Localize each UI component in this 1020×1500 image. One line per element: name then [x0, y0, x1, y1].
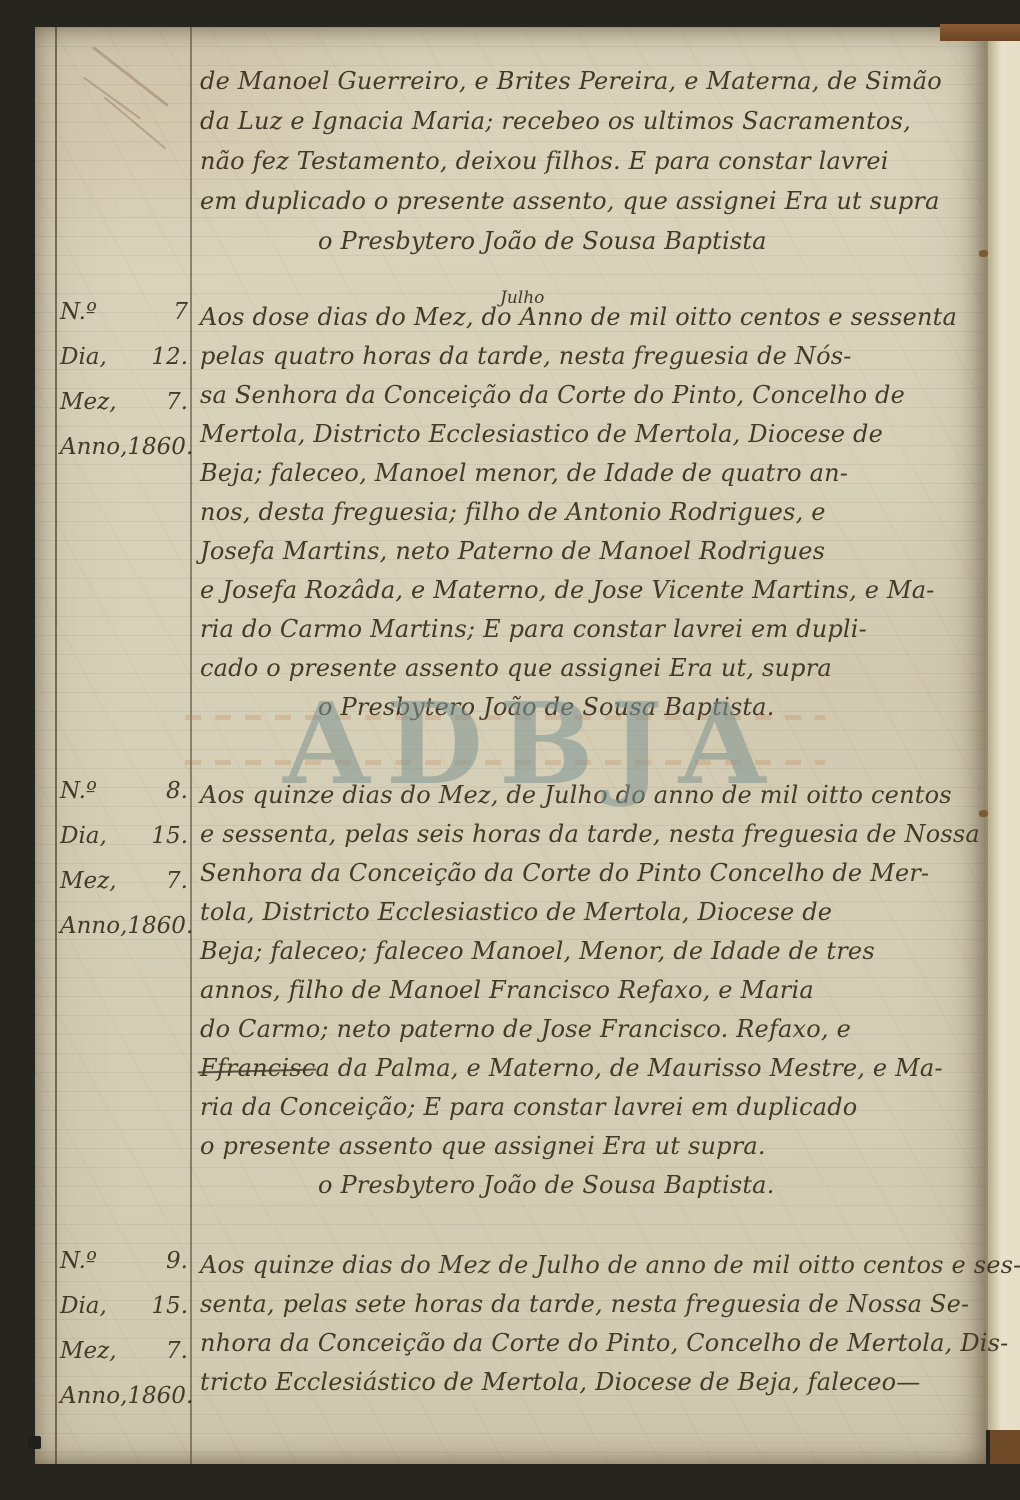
month-label: Mez,: [60, 389, 117, 434]
register-line: em duplicado o presente assento, que ass…: [200, 187, 980, 227]
day-label: Dia,: [60, 823, 107, 868]
register-line: Beja; faleceo, Manoel menor, de Idade de…: [200, 459, 980, 498]
death-record-entry-9: Aos quinze dias do Mez de Julho de anno …: [200, 1251, 980, 1407]
register-line: e Josefa Rozâda, e Materno, de Jose Vice…: [200, 576, 980, 615]
register-line: nhora da Conceição da Corte do Pinto, Co…: [200, 1329, 980, 1368]
death-record-entry-7: Julho Aos dose dias do Mez, do Anno de m…: [200, 303, 980, 732]
year-label: Anno,: [60, 434, 127, 479]
register-line: Senhora da Conceição da Corte do Pinto C…: [200, 859, 980, 898]
manuscript-page: de Manoel Guerreiro, e Brites Pereira, e…: [35, 27, 986, 1464]
ink-smudge: [104, 97, 167, 150]
year-label: Anno,: [60, 1383, 127, 1428]
month-value: 7.: [166, 1338, 188, 1383]
entry-8-margin: N.º8. Dia,15. Mez,7. Anno,1860.: [60, 778, 188, 958]
entry-9-margin: N.º9. Dia,15. Mez,7. Anno,1860.: [60, 1248, 188, 1428]
register-line: tola, Districto Ecclesiastico de Mertola…: [200, 898, 980, 937]
entry-number: 7: [173, 299, 188, 344]
register-line: do Carmo; neto paterno de Jose Francisco…: [200, 1015, 980, 1054]
priest-signature: o Presbytero João de Sousa Baptista.: [200, 1171, 980, 1210]
register-line: ria da Conceição; E para constar lavrei …: [200, 1093, 980, 1132]
page-edge-notch: [28, 1436, 41, 1449]
ink-smudge: [83, 77, 141, 120]
register-line: pelas quatro horas da tarde, nesta fregu…: [200, 342, 980, 381]
month-label: Mez,: [60, 868, 117, 913]
year-value: 1860.: [127, 434, 193, 479]
facing-page-edge: [986, 41, 1020, 1430]
binding-tape: [940, 24, 1020, 41]
register-line: e sessenta, pelas seis horas da tarde, n…: [200, 820, 980, 859]
day-value: 15.: [151, 1293, 188, 1338]
register-line: Beja; faleceo; faleceo Manoel, Menor, de…: [200, 937, 980, 976]
day-label: Dia,: [60, 344, 107, 389]
binding-thread: [979, 810, 988, 817]
register-line: annos, filho de Manoel Francisco Refaxo,…: [200, 976, 980, 1015]
entry-number-label: N.º: [60, 1248, 97, 1293]
day-value: 12.: [151, 344, 188, 389]
day-label: Dia,: [60, 1293, 107, 1338]
register-line: Mertola, Districto Ecclesiastico de Mert…: [200, 420, 980, 459]
register-line: da Luz e Ignacia Maria; recebeo os ultim…: [200, 107, 980, 147]
ink-bleed-through: [185, 760, 825, 765]
register-line: ria do Carmo Martins; E para constar lav…: [200, 615, 980, 654]
register-line: Aos quinze dias do Mez, de Julho do anno…: [200, 781, 980, 820]
register-line: Josefa Martins, neto Paterno de Manoel R…: [200, 537, 980, 576]
register-line: Aos dose dias do Mez, do Anno de mil oit…: [200, 303, 980, 342]
register-line: nos, desta freguesia; filho de Antonio R…: [200, 498, 980, 537]
binding-corner: [990, 1430, 1020, 1464]
day-value: 15.: [151, 823, 188, 868]
death-record-entry-8: Aos quinze dias do Mez, de Julho do anno…: [200, 781, 980, 1210]
register-line: tricto Ecclesiástico de Mertola, Diocese…: [200, 1368, 980, 1407]
register-line: Aos quinze dias do Mez de Julho de anno …: [200, 1251, 980, 1290]
binding-thread: [979, 250, 988, 257]
entry-7-margin: N.º7 Dia,12. Mez,7. Anno,1860.: [60, 299, 188, 479]
entry-number-label: N.º: [60, 299, 97, 344]
register-line: não fez Testamento, deixou filhos. E par…: [200, 147, 980, 187]
year-label: Anno,: [60, 913, 127, 958]
entry-number: 8.: [166, 778, 188, 823]
year-value: 1860.: [127, 913, 193, 958]
entry-number-label: N.º: [60, 778, 97, 823]
inserted-word: Julho: [500, 288, 544, 308]
month-value: 7.: [166, 868, 188, 913]
continuation-record: de Manoel Guerreiro, e Brites Pereira, e…: [200, 67, 980, 267]
month-value: 7.: [166, 389, 188, 434]
register-line: cado o presente assento que assignei Era…: [200, 654, 980, 693]
month-label: Mez,: [60, 1338, 117, 1383]
ruled-line-vertical-margin: [190, 27, 192, 1464]
register-line: de Manoel Guerreiro, e Brites Pereira, e…: [200, 67, 980, 107]
priest-signature: o Presbytero João de Sousa Baptista.: [200, 693, 980, 732]
register-line: Ffrancisca da Palma, e Materno, de Mauri…: [200, 1054, 980, 1093]
year-value: 1860.: [127, 1383, 193, 1428]
entry-number: 9.: [166, 1248, 188, 1293]
ruled-line-vertical-left: [55, 27, 57, 1464]
priest-signature: o Presbytero João de Sousa Baptista: [200, 227, 980, 267]
register-line: o presente assento que assignei Era ut s…: [200, 1132, 980, 1171]
register-line: senta, pelas sete horas da tarde, nesta …: [200, 1290, 980, 1329]
register-line: sa Senhora da Conceição da Corte do Pint…: [200, 381, 980, 420]
